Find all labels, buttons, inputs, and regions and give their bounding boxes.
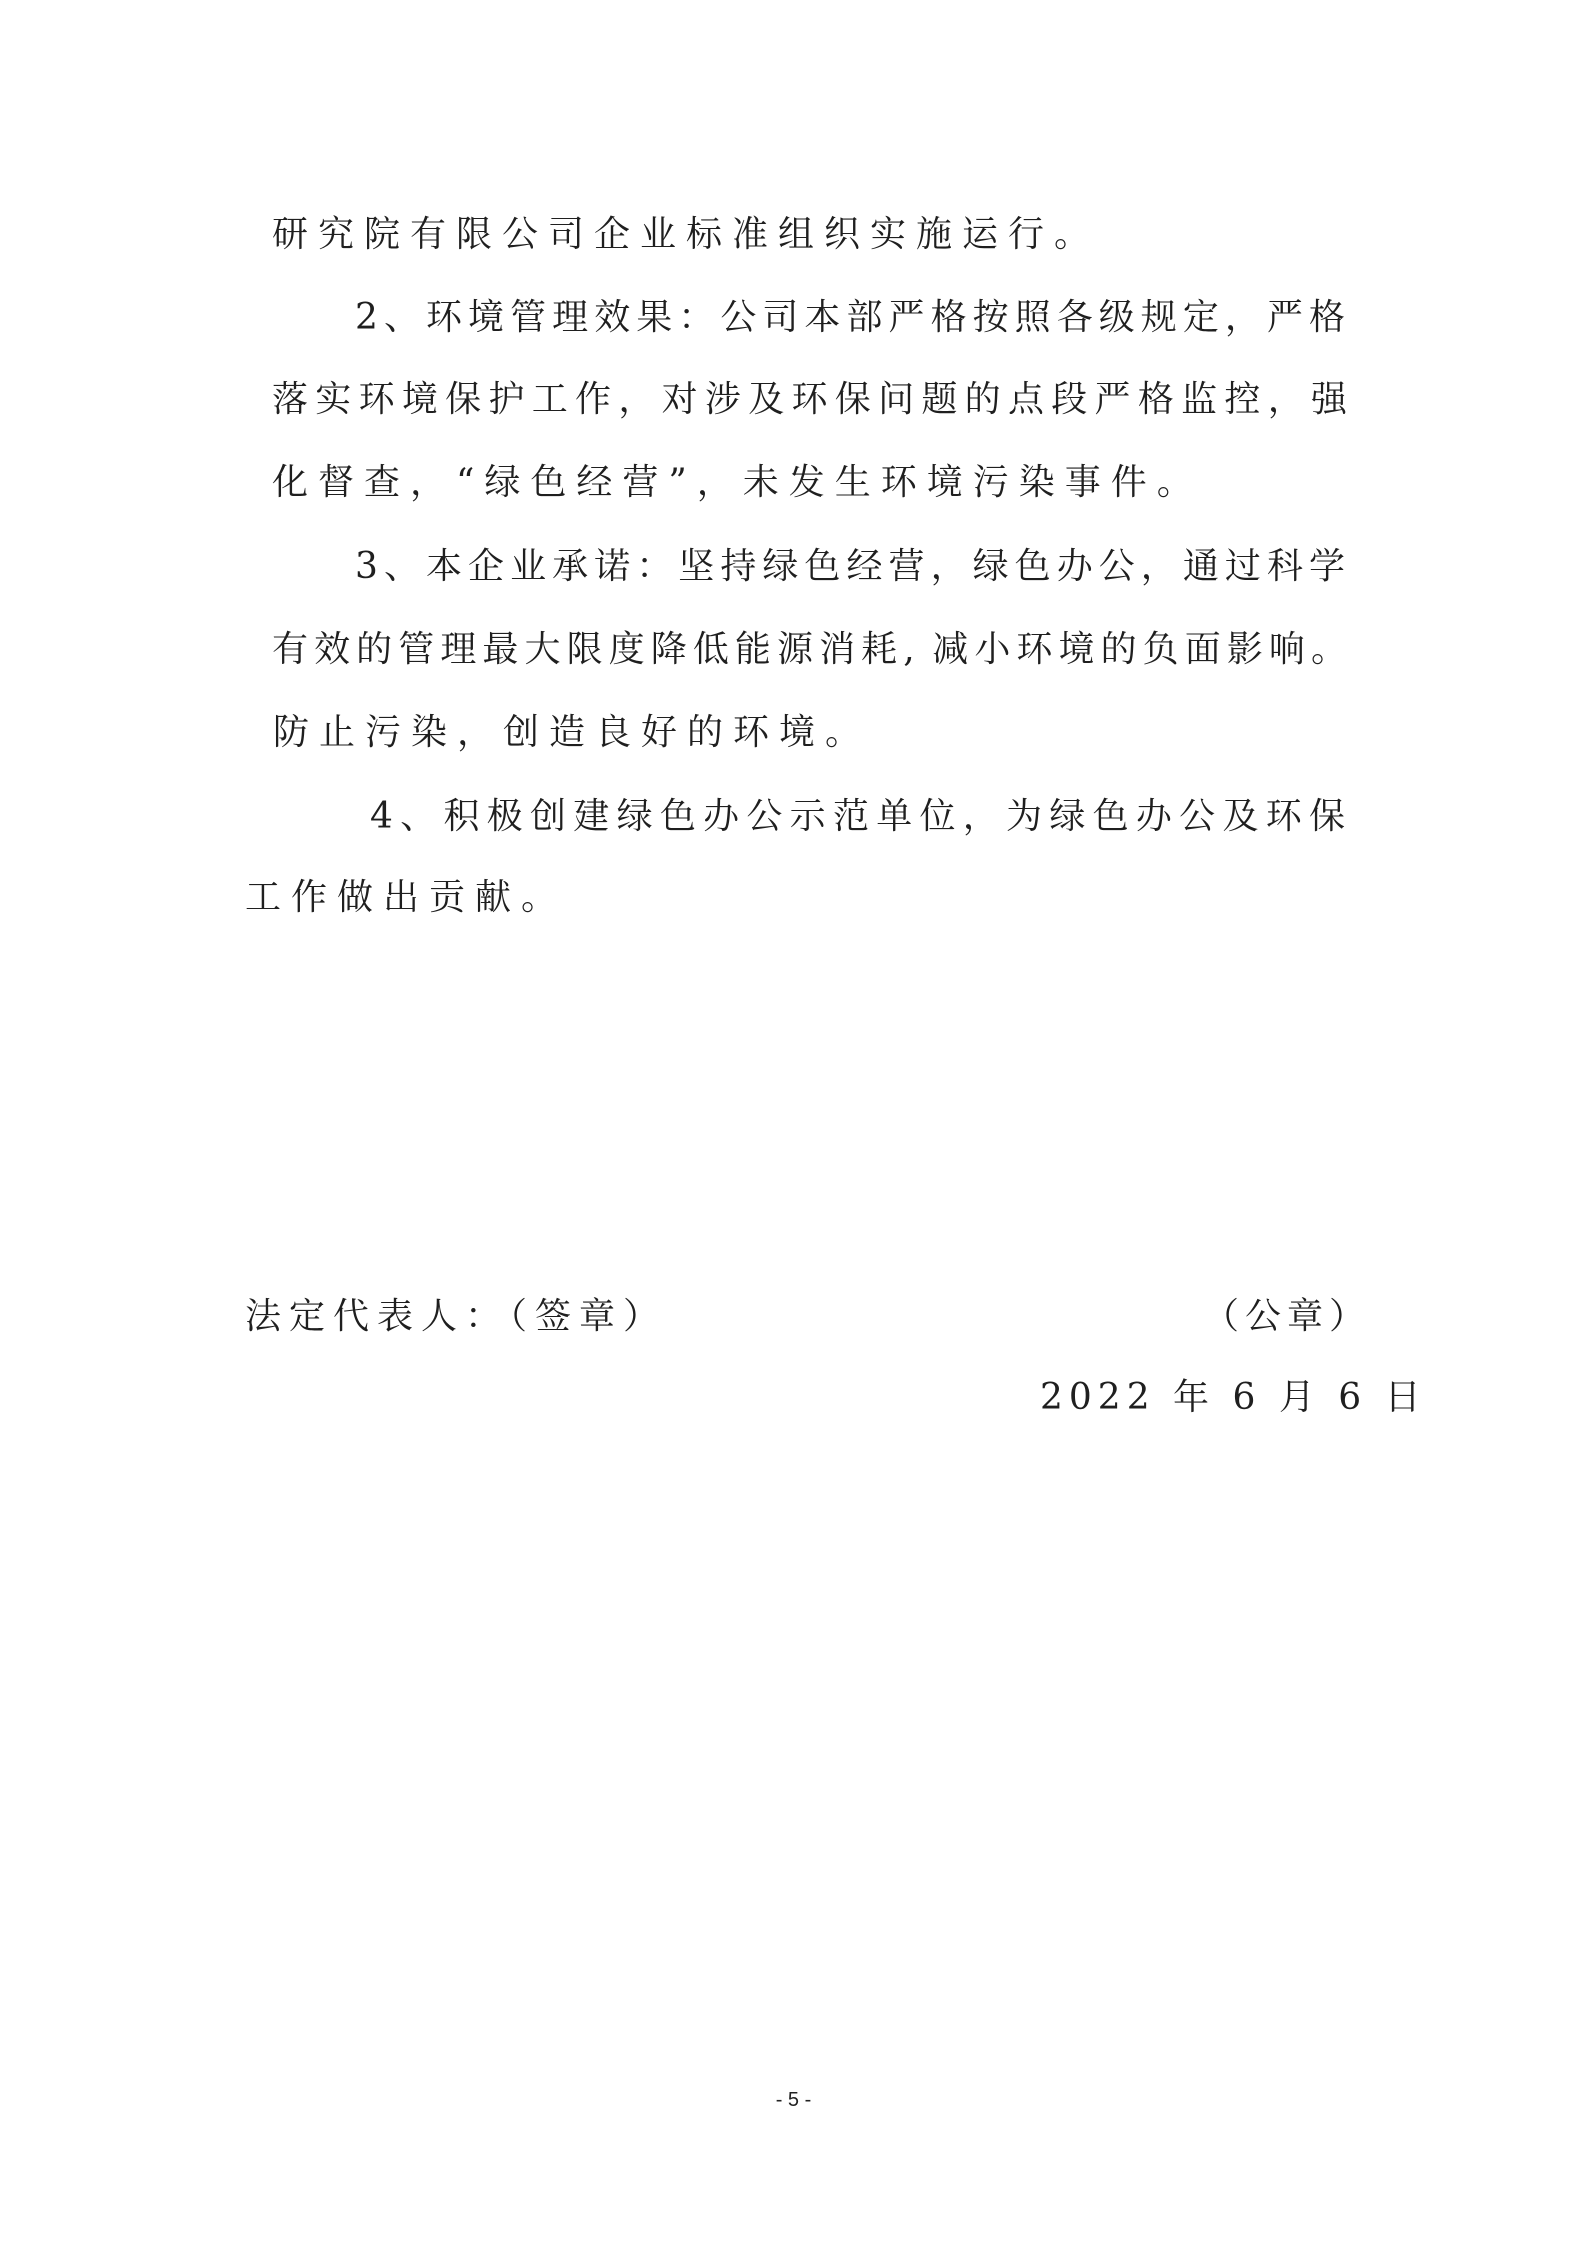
paragraph-2-line-3: 化督查，“绿色经营”，未发生环境污染事件。 [272,461,1203,505]
paragraph-3-line-1: 3、本企业承诺：坚持绿色经营，绿色办公，通过科学 [355,545,1345,589]
paragraph-3-line-2: 有效的管理最大限度降低能源消耗, 减小环境的负面影响。 [272,628,1347,672]
paragraph-4-line-2: 工作做出贡献。 [245,876,567,920]
paragraph-2-line-2: 落实环境保护工作，对涉及环保问题的点段严格监控，强 [272,378,1347,422]
document-page: 研究院有限公司企业标准组织实施运行。 2、环境管理效果：公司本部严格按照各级规定… [0,0,1587,2245]
page-number: - 5 - [0,2086,1587,2114]
paragraph-3-line-3: 防止污染，创造良好的环境。 [273,711,871,755]
paragraph-4-line-1: 4、积极创建绿色办公示范单位，为绿色办公及环保 [370,795,1345,839]
body-line-1: 研究院有限公司企业标准组织实施运行。 [272,213,1100,257]
legal-representative-signature-label: 法定代表人：（签章） [245,1295,667,1339]
signature-date: 2022 年 6 月 6 日 [1040,1376,1427,1420]
paragraph-2-line-1: 2、环境管理效果：公司本部严格按照各级规定，严格 [355,296,1345,340]
company-seal-label: （公章） [1203,1295,1371,1339]
